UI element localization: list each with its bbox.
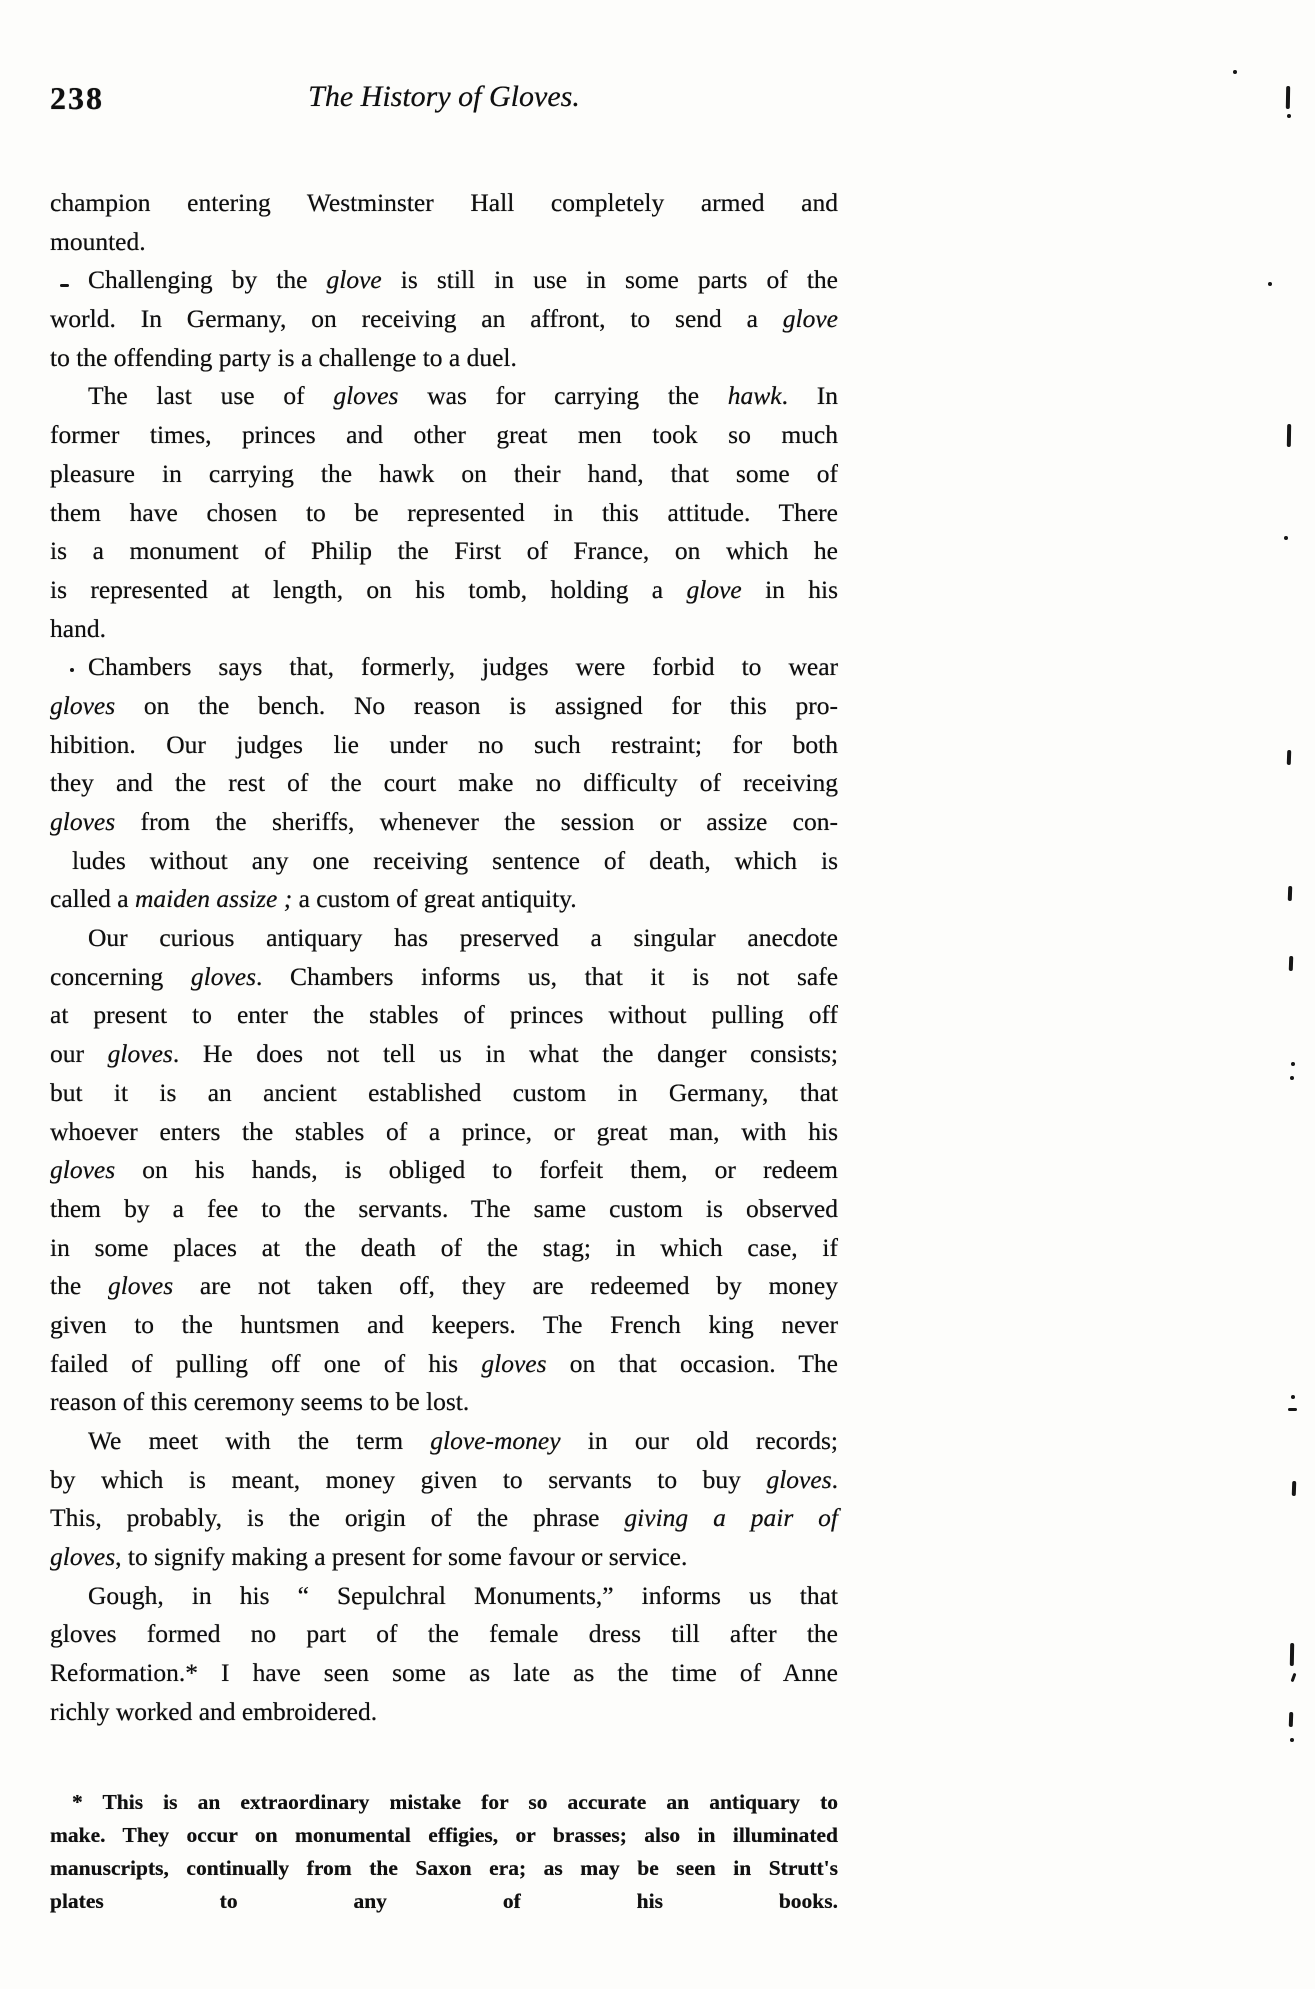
text-segment: is a monument of Philip the First of Fra… <box>50 536 838 565</box>
text-segment: . Chambers informs us, that it is not sa… <box>256 962 838 991</box>
text-segment: concerning <box>50 962 191 991</box>
text-segment: is still in use in some parts of the <box>382 265 838 294</box>
text-segment: failed of pulling off one of his <box>50 1349 481 1378</box>
text-segment: them have chosen to be represented in th… <box>50 498 838 527</box>
text-line: by which is meant, money given to servan… <box>50 1461 838 1500</box>
book-page: 238 The History of Gloves. champion ente… <box>0 0 1315 1989</box>
scan-artifact <box>1289 1712 1294 1727</box>
text-line: to the offending party is a challenge to… <box>50 339 838 378</box>
text-segment: Gough, in his “ Sepulchral Monuments,” i… <box>88 1581 838 1610</box>
text-segment: mounted. <box>50 227 146 256</box>
text-segment: Our curious antiquary has preserved a si… <box>88 923 838 952</box>
text-line: This, probably, is the origin of the phr… <box>50 1499 838 1538</box>
italic-text-segment: gloves <box>333 381 398 410</box>
text-segment: to the offending party is a challenge to… <box>50 343 517 372</box>
text-line: gloves formed no part of the female dres… <box>50 1615 838 1654</box>
italic-text-segment: gloves <box>481 1349 546 1378</box>
italic-text-segment: giving a pair of <box>624 1503 838 1532</box>
text-segment: richly worked and embroidered. <box>50 1697 377 1726</box>
italic-text-segment: gloves <box>108 1039 173 1068</box>
text-segment: . <box>832 1465 838 1494</box>
text-segment: in our old records; <box>561 1426 838 1455</box>
page-header: 238 The History of Gloves. <box>50 80 838 124</box>
italic-text-segment: gloves <box>50 807 115 836</box>
scan-artifact <box>1290 1076 1294 1080</box>
italic-text-segment: gloves <box>50 1155 115 1184</box>
text-line: gloves on his hands, is obliged to forfe… <box>50 1151 838 1190</box>
text-line: them by a fee to the servants. The same … <box>50 1190 838 1229</box>
italic-text-segment: glove <box>686 575 741 604</box>
text-segment: on that occasion. The <box>547 1349 839 1378</box>
text-line: ludes without any one receiving sentence… <box>50 842 838 881</box>
text-line: whoever enters the stables of a prince, … <box>50 1113 838 1152</box>
text-segment: on his hands, is obliged to forfeit them… <box>115 1155 838 1184</box>
text-segment: Chambers says that, formerly, judges wer… <box>88 652 838 681</box>
italic-text-segment: glove <box>326 265 381 294</box>
text-segment: world. In Germany, on receiving an affro… <box>50 304 783 333</box>
text-line: our gloves. He does not tell us in what … <box>50 1035 838 1074</box>
text-line: the gloves are not taken off, they are r… <box>50 1267 838 1306</box>
text-segment: Challenging by the <box>88 265 326 294</box>
text-line: in some places at the death of the stag;… <box>50 1229 838 1268</box>
italic-text-segment: hawk <box>728 381 782 410</box>
text-segment: , to signify making a present for some f… <box>115 1542 687 1571</box>
text-segment: called a <box>50 884 135 913</box>
text-line: world. In Germany, on receiving an affro… <box>50 300 838 339</box>
text-line: * This is an extraordinary mistake for s… <box>50 1786 838 1819</box>
scan-artifact <box>1287 424 1291 447</box>
text-segment: them by a fee to the servants. The same … <box>50 1194 838 1223</box>
text-segment: The last use of <box>88 381 333 410</box>
text-line: is a monument of Philip the First of Fra… <box>50 532 838 571</box>
text-segment: This, probably, is the origin of the phr… <box>50 1503 624 1532</box>
scan-artifact <box>1284 536 1288 540</box>
text-segment: in his <box>742 575 838 604</box>
text-segment: was for carrying the <box>398 381 727 410</box>
text-line: gloves on the bench. No reason is assign… <box>50 687 838 726</box>
text-line: gloves, to signify making a present for … <box>50 1538 838 1577</box>
text-segment: reason of this ceremony seems to be lost… <box>50 1387 469 1416</box>
text-line: gloves from the sheriffs, whenever the s… <box>50 803 838 842</box>
scan-artifact <box>1286 86 1290 109</box>
text-segment: by which is meant, money given to servan… <box>50 1465 766 1494</box>
text-line: reason of this ceremony seems to be lost… <box>50 1383 838 1422</box>
text-segment: ludes without any one receiving sentence… <box>72 846 838 875</box>
text-segment: Reformation.* I have seen some as late a… <box>50 1658 838 1687</box>
scan-artifact <box>1233 70 1237 74</box>
text-segment: our <box>50 1039 108 1068</box>
text-line: Gough, in his “ Sepulchral Monuments,” i… <box>50 1577 838 1616</box>
scan-artifact <box>1287 114 1291 118</box>
text-line: richly worked and embroidered. <box>50 1693 838 1732</box>
text-segment: is represented at length, on his tomb, h… <box>50 575 686 604</box>
text-line: they and the rest of the court make no d… <box>50 764 838 803</box>
scan-artifact <box>1290 1643 1294 1666</box>
text-line: is represented at length, on his tomb, h… <box>50 571 838 610</box>
text-line: Reformation.* I have seen some as late a… <box>50 1654 838 1693</box>
scan-artifact <box>60 284 69 287</box>
text-line: called a maiden assize ; a custom of gre… <box>50 880 838 919</box>
text-line: Chambers says that, formerly, judges wer… <box>50 648 838 687</box>
text-line: manuscripts, continually from the Saxon … <box>50 1852 838 1885</box>
text-line: pleasure in carrying the hawk on their h… <box>50 455 838 494</box>
text-segment: but it is an ancient established custom … <box>50 1078 838 1107</box>
text-segment: on the bench. No reason is assigned for … <box>115 691 838 720</box>
text-line: The last use of gloves was for carrying … <box>50 377 838 416</box>
scan-artifact <box>1291 1673 1297 1682</box>
body-text: champion entering Westminster Hall compl… <box>50 184 838 1732</box>
text-line: former times, princes and other great me… <box>50 416 838 455</box>
text-line: concerning gloves. Chambers informs us, … <box>50 958 838 997</box>
text-line: them have chosen to be represented in th… <box>50 494 838 533</box>
text-segment: a custom of great antiquity. <box>292 884 576 913</box>
scan-artifact <box>1289 956 1294 971</box>
text-line: hibition. Our judges lie under no such r… <box>50 726 838 765</box>
text-segment: pleasure in carrying the hawk on their h… <box>50 459 838 488</box>
text-segment: the <box>50 1271 108 1300</box>
text-segment: they and the rest of the court make no d… <box>50 768 838 797</box>
italic-text-segment: glove <box>783 304 838 333</box>
text-segment: * This is an extraordinary mistake for s… <box>72 1790 838 1814</box>
text-segment: champion entering Westminster Hall compl… <box>50 188 838 217</box>
text-line: but it is an ancient established custom … <box>50 1074 838 1113</box>
text-line: mounted. <box>50 223 838 262</box>
italic-text-segment: gloves <box>766 1465 831 1494</box>
scan-artifact <box>1268 282 1272 286</box>
text-segment: given to the huntsmen and keepers. The F… <box>50 1310 838 1339</box>
text-line: given to the huntsmen and keepers. The F… <box>50 1306 838 1345</box>
text-line: plates to any of his books. <box>50 1885 838 1918</box>
text-segment: . He does not tell us in what the danger… <box>173 1039 838 1068</box>
text-line: We meet with the term glove-money in our… <box>50 1422 838 1461</box>
text-segment: in some places at the death of the stag;… <box>50 1233 838 1262</box>
text-segment: plates to any of his books. <box>50 1889 838 1913</box>
scan-artifact <box>70 668 74 672</box>
text-line: failed of pulling off one of his gloves … <box>50 1345 838 1384</box>
text-segment: at present to enter the stables of princ… <box>50 1000 838 1029</box>
running-title: The History of Gloves. <box>50 80 838 114</box>
text-line: champion entering Westminster Hall compl… <box>50 184 838 223</box>
scan-artifact <box>1290 1738 1294 1742</box>
italic-text-segment: gloves <box>50 691 115 720</box>
italic-text-segment: glove-money <box>430 1426 560 1455</box>
scan-artifact <box>1287 750 1292 765</box>
text-segment: hand. <box>50 614 106 643</box>
text-segment: gloves formed no part of the female dres… <box>50 1619 838 1648</box>
text-line: hand. <box>50 610 838 649</box>
scan-artifact <box>1292 1481 1297 1496</box>
text-segment: . In <box>782 381 838 410</box>
text-segment: whoever enters the stables of a prince, … <box>50 1117 838 1146</box>
text-line: Our curious antiquary has preserved a si… <box>50 919 838 958</box>
text-line: make. They occur on monumental effigies,… <box>50 1819 838 1852</box>
text-segment: from the sheriffs, whenever the session … <box>115 807 838 836</box>
text-segment: are not taken off, they are redeemed by … <box>173 1271 838 1300</box>
text-line: at present to enter the stables of princ… <box>50 996 838 1035</box>
text-segment: make. They occur on monumental effigies,… <box>50 1823 838 1847</box>
italic-text-segment: gloves <box>50 1542 115 1571</box>
italic-text-segment: maiden assize ; <box>135 884 292 913</box>
text-segment: former times, princes and other great me… <box>50 420 838 449</box>
italic-text-segment: gloves <box>108 1271 173 1300</box>
text-segment: manuscripts, continually from the Saxon … <box>50 1856 838 1880</box>
footnote: * This is an extraordinary mistake for s… <box>50 1786 838 1918</box>
scan-artifact <box>1291 1062 1295 1066</box>
scan-artifact <box>1288 886 1293 901</box>
text-segment: hibition. Our judges lie under no such r… <box>50 730 838 759</box>
scan-artifact <box>1288 1408 1297 1411</box>
scan-artifact <box>1291 1395 1295 1399</box>
text-line: Challenging by the glove is still in use… <box>50 261 838 300</box>
italic-text-segment: gloves <box>191 962 256 991</box>
text-segment: We meet with the term <box>88 1426 430 1455</box>
